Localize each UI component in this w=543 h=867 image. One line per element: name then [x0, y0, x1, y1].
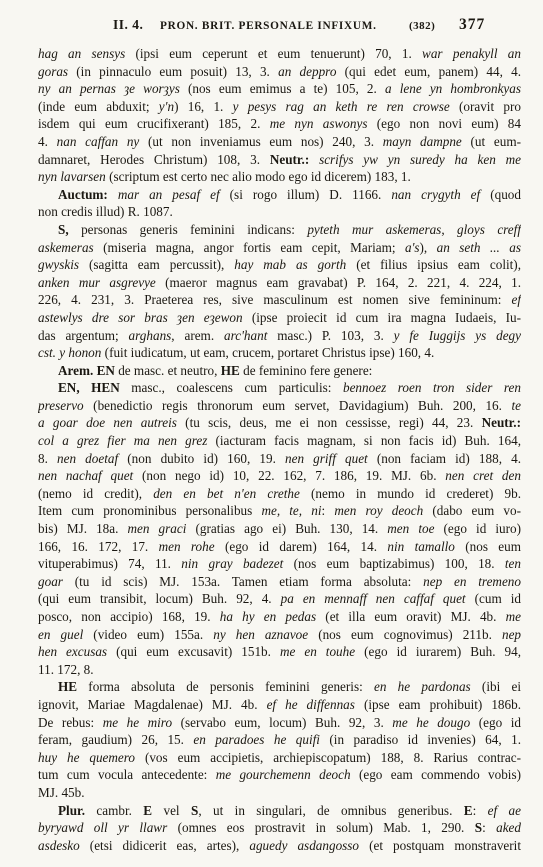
text-segment: (ut non inveniamus eum nos) 240, 3.	[139, 134, 382, 149]
text-segment: (et illa eum oravit) MJ. 4b.	[316, 609, 505, 624]
text-segment: , ut in singulari, de omnibus generibus.	[198, 803, 463, 818]
text-segment: Neutr.:	[482, 415, 521, 430]
text-segment: huy he quemero	[38, 750, 135, 765]
text-segment: (nos eum baptizabimus) 100, 18.	[283, 556, 505, 571]
text-segment: :	[322, 503, 335, 518]
text-segment: me nyn aswonys	[270, 116, 368, 131]
text-segment: byryawd oll yr llawr	[38, 820, 167, 835]
text-segment: (non faciam id) 188, 4.	[368, 451, 521, 466]
text-segment: nen nachaf quet	[38, 468, 133, 483]
text-segment: astewlys dre sor bras ȝen eȝewon	[38, 310, 243, 325]
text-segment: (servabo eum, locum) Buh. 92, 3.	[172, 715, 392, 730]
text-segment: men toe	[387, 521, 434, 536]
text-segment: damnaret, Herodes Christum) 108, 3.	[38, 152, 270, 167]
text-line: S, personas generis feminini indicans: p…	[38, 221, 521, 239]
text-segment: (nemo id credit),	[38, 486, 153, 501]
text-line: nen nachaf quet (non nego id) 10, 22. 16…	[38, 467, 521, 485]
text-line: 226, 4. 231, 3. Praeterea res, sive masc…	[38, 291, 521, 309]
text-segment: (video eum) 155a.	[83, 627, 213, 642]
text-segment: (qui edet eum, panem) 44, 4.	[336, 64, 521, 79]
text-segment: anken mur asgrevye	[38, 275, 156, 290]
text-line: col a grez fier ma nen grez (iacturam fa…	[38, 432, 521, 450]
text-segment: EN, HEN	[58, 380, 120, 395]
text-segment: vituperabimus) 74, 11.	[38, 556, 181, 571]
text-segment: y fe Iuggijs ys degy	[394, 328, 521, 343]
text-segment: (non dubito id) 160, 19.	[118, 451, 285, 466]
text-line: ny an pernas ȝe worȝys (nos eum emimus a…	[38, 80, 521, 98]
text-line: 4. nan caffan ny (ut non inveniamus eum …	[38, 133, 521, 151]
text-segment: ) 16, 1.	[174, 99, 233, 114]
text-segment: (benedictio regis thronorum eum servet, …	[84, 398, 512, 413]
text-line: hag an sensys (ipsi eum ceperunt et eum …	[38, 45, 521, 63]
text-segment: personas generis feminini indicans:	[69, 222, 308, 237]
page-body: hag an sensys (ipsi eum ceperunt et eum …	[38, 45, 521, 854]
text-segment: nan crygyth ef	[391, 187, 480, 202]
text-segment: das argentum;	[38, 328, 129, 343]
text-segment: posco, non accipio) 168, 19.	[38, 609, 220, 624]
text-segment: war penakyll an	[422, 46, 521, 61]
text-segment: (vos eum accipietis, archiepiscopatum) 1…	[135, 750, 521, 765]
text-line: Plur. cambr. E vel S, ut in singulari, d…	[38, 802, 521, 820]
text-line: (inde eum abduxit; y'n) 16, 1. y pesys r…	[38, 98, 521, 116]
text-segment: (nos eum	[455, 539, 521, 554]
text-segment: (ipsi eum ceperunt et eum tenuerunt) 70,…	[125, 46, 422, 61]
text-line: goar (tu id scis) MJ. 153a. Tamen etiam …	[38, 573, 521, 591]
text-line: ignovit, Mariae Magdalenae) MJ. 4b. ef h…	[38, 696, 521, 714]
text-line: goras (in pinnaculo eum posuit) 13, 3. a…	[38, 63, 521, 81]
text-segment: (cum id	[466, 591, 521, 606]
text-segment: (et postquam monstraverit	[359, 838, 521, 853]
text-segment: (ego eam commendo vobis)	[351, 767, 521, 782]
text-line: cst. y honon (fuit iudicatum, ut eam, cr…	[38, 344, 521, 362]
text-segment: :	[482, 820, 496, 835]
text-line: a goar doe nen autreis (tu scis, deus, m…	[38, 414, 521, 432]
text-segment: (non nego id) 10, 22. 162, 7. 186, 19. M…	[133, 468, 445, 483]
chapter-number: II. 4.	[113, 17, 143, 33]
text-segment: hay mab as gorth	[234, 257, 346, 272]
text-segment: (qui eum excusavit) 151b.	[107, 644, 280, 659]
text-segment: de masc. et neutro,	[115, 363, 221, 378]
paragraph: Auctum: mar an pesaf ef (si rogo illum) …	[38, 186, 521, 221]
text-segment: en he pardonas	[374, 679, 471, 694]
text-segment: Arem. EN	[58, 363, 115, 378]
text-segment: ,	[441, 222, 457, 237]
text-segment: cst. y honon	[38, 345, 101, 360]
text-segment: 8.	[38, 451, 57, 466]
text-line: das argentum; arghans, arem. arc'hant ma…	[38, 327, 521, 345]
text-segment: Auctum:	[58, 187, 118, 202]
text-segment: askemeras	[38, 240, 94, 255]
text-segment: nin tamallo	[387, 539, 455, 554]
text-segment: (scriptum est certo nec alio modo ego id…	[106, 169, 411, 184]
text-segment: ha hy en pedas	[220, 609, 316, 624]
text-segment: nin gray badezet	[181, 556, 283, 571]
page-header: II. 4. PRON. BRIT. PERSONALE INFIXUM. (3…	[0, 16, 543, 38]
page-reference: (382)	[409, 20, 435, 32]
text-segment: Plur.	[58, 803, 85, 818]
running-title: PRON. BRIT. PERSONALE INFIXUM.	[160, 20, 377, 32]
text-line: askemeras (miseria magna, angor fortis e…	[38, 239, 521, 257]
text-segment: ten	[505, 556, 521, 571]
text-segment: en paradoes he quifi	[193, 732, 320, 747]
text-segment: goras	[38, 64, 68, 79]
text-segment: col a grez fier ma nen grez	[38, 433, 207, 448]
text-segment: , arem.	[171, 328, 224, 343]
text-line: feram, gaudium) 26, 15. en paradoes he q…	[38, 731, 521, 749]
text-segment: forma absoluta de personis feminini gene…	[77, 679, 374, 694]
text-segment: nen cret den	[445, 468, 521, 483]
text-segment: MJ. 45b.	[38, 785, 85, 800]
page-number: 377	[459, 16, 485, 34]
text-segment: me he miro	[103, 715, 172, 730]
text-segment: me he dougo	[392, 715, 470, 730]
text-segment: S	[475, 820, 482, 835]
text-segment: E	[143, 803, 152, 818]
text-line: tum cum vocula antecedente: me gourcheme…	[38, 766, 521, 784]
text-segment: goar	[38, 574, 63, 589]
text-segment: (ego id	[470, 715, 521, 730]
text-segment: arghans	[129, 328, 172, 343]
text-segment: (et filius ipsius eam colit),	[346, 257, 521, 272]
text-segment: (iacturam facis magnam, si non facis id)…	[207, 433, 521, 448]
text-segment: gloys creff	[457, 222, 521, 237]
text-segment: an seth ... as	[437, 240, 521, 255]
text-segment: (tu id scis) MJ. 153a. Tamen etiam forma…	[63, 574, 423, 589]
text-segment: ny an pernas ȝe worȝys	[38, 81, 180, 96]
text-line: vituperabimus) 74, 11. nin gray badezet …	[38, 555, 521, 573]
text-segment: HE	[221, 363, 240, 378]
text-line: non credis illud) R. 1087.	[38, 203, 521, 221]
text-line: astewlys dre sor bras ȝen eȝewon (ipse p…	[38, 309, 521, 327]
text-segment: de feminino fere genere:	[240, 363, 373, 378]
text-segment: (nos eum emimus a te) 105, 2.	[180, 81, 385, 96]
text-line: en guel (video eum) 155a. ny hen aznavoe…	[38, 626, 521, 644]
text-segment: asdesko	[38, 838, 80, 853]
text-segment: (ego id iuro)	[434, 521, 521, 536]
text-segment: ef	[511, 292, 521, 307]
text-segment: vel	[152, 803, 191, 818]
text-segment: non credis illud) R. 1087.	[38, 204, 173, 219]
text-segment: a goar doe nen autreis	[38, 415, 177, 430]
text-segment: (si rogo illum) D. 1166.	[220, 187, 392, 202]
document-page: II. 4. PRON. BRIT. PERSONALE INFIXUM. (3…	[0, 0, 543, 867]
paragraph: Plur. cambr. E vel S, ut in singulari, d…	[38, 802, 521, 855]
paragraph: HE forma absoluta de personis feminini g…	[38, 678, 521, 801]
text-line: bis) MJ. 18a. men graci (gratias ago ei)…	[38, 520, 521, 538]
text-segment: (ego id darem) 164, 14.	[215, 539, 388, 554]
text-segment: :	[473, 803, 488, 818]
text-line: gwyskis (sagitta eam percussit), hay mab…	[38, 256, 521, 274]
text-segment: (etsi didicerit eas, artes),	[80, 838, 250, 853]
text-line: byryawd oll yr llawr (omnes eos prostrav…	[38, 819, 521, 837]
paragraph: EN, HEN masc., coalescens cum particulis…	[38, 379, 521, 678]
text-line: huy he quemero (vos eum accipietis, arch…	[38, 749, 521, 767]
text-segment: (ego id iurarem) Buh. 94,	[355, 644, 521, 659]
text-segment: (sagitta eam percussit),	[79, 257, 234, 272]
text-line: (nemo id credit), den en bet n'en crethe…	[38, 485, 521, 503]
text-segment: me	[506, 609, 521, 624]
text-segment: nyn lavarsen	[38, 169, 106, 184]
text-segment: nep	[502, 627, 521, 642]
text-segment: De rebus:	[38, 715, 103, 730]
text-segment: mayn dampne	[383, 134, 462, 149]
text-segment: pa en mennaff nen caffaf quet	[281, 591, 466, 606]
text-segment: cambr.	[85, 803, 143, 818]
text-segment: S,	[58, 222, 69, 237]
text-line: 166, 16. 172, 17. men rohe (ego id darem…	[38, 538, 521, 556]
text-segment: me gourchemenn deoch	[216, 767, 351, 782]
text-line: damnaret, Herodes Christum) 108, 3. Neut…	[38, 151, 521, 169]
text-segment: nep en tremeno	[423, 574, 521, 589]
text-line: 8. nen doetaf (non dubito id) 160, 19. n…	[38, 450, 521, 468]
text-segment: isdem qui eum crucifixerant) 185, 2.	[38, 116, 270, 131]
text-segment: nen doetaf	[57, 451, 118, 466]
text-segment: (ut eum-	[462, 134, 521, 149]
text-segment: ef ae	[488, 803, 521, 818]
text-segment: HE	[58, 679, 77, 694]
text-segment: (gratias ago ei) Buh. 130, 14.	[186, 521, 387, 536]
text-segment: mar an pesaf ef	[118, 187, 220, 202]
text-segment: men rohe	[159, 539, 215, 554]
text-segment: gwyskis	[38, 257, 79, 272]
paragraph: Arem. EN de masc. et neutro, HE de femin…	[38, 362, 521, 380]
text-line: asdesko (etsi didicerit eas, artes), agu…	[38, 837, 521, 855]
text-segment: ny hen aznavoe	[213, 627, 308, 642]
text-segment: preservo	[38, 398, 84, 413]
text-segment: te	[511, 398, 521, 413]
text-segment: nen griff quet	[285, 451, 368, 466]
text-segment: hag an sensys	[38, 46, 125, 61]
text-segment: ef he diffennas	[267, 697, 355, 712]
text-line: hen excusas (qui eum excusavit) 151b. me…	[38, 643, 521, 661]
text-segment: aked	[496, 820, 521, 835]
text-segment: masc.) P. 103, 3.	[267, 328, 393, 343]
text-segment: (dabo eum vo-	[423, 503, 521, 518]
text-line: 11. 172, 8.	[38, 661, 521, 679]
text-line: De rebus: me he miro (servabo eum, locum…	[38, 714, 521, 732]
paragraph: S, personas generis feminini indicans: p…	[38, 221, 521, 362]
text-segment: Item cum pronominibus personalibus	[38, 503, 261, 518]
text-segment: men graci	[128, 521, 187, 536]
text-segment: a's	[405, 240, 420, 255]
text-segment: 11. 172, 8.	[38, 662, 94, 677]
text-segment: (in pinnaculo eum posuit) 13, 3.	[68, 64, 278, 79]
paragraph: hag an sensys (ipsi eum ceperunt et eum …	[38, 45, 521, 186]
text-segment: feram, gaudium) 26, 15.	[38, 732, 193, 747]
text-segment: (inde eum abduxit;	[38, 99, 159, 114]
text-segment: y pesys rag an keth re ren crowse	[233, 99, 450, 114]
text-segment: 166, 16. 172, 17.	[38, 539, 159, 554]
text-line: preservo (benedictio regis thronorum eum…	[38, 397, 521, 415]
text-segment: an deppro	[278, 64, 336, 79]
text-line: anken mur asgrevye (maeror magnus eam gr…	[38, 274, 521, 292]
text-segment: E	[464, 803, 473, 818]
text-segment: me en touhe	[280, 644, 355, 659]
text-line: EN, HEN masc., coalescens cum particulis…	[38, 379, 521, 397]
text-segment: (omnes eos prostravit in solum) Mab. 1, …	[167, 820, 474, 835]
text-line: nyn lavarsen (scriptum est certo nec ali…	[38, 168, 521, 186]
text-segment: (quod	[480, 187, 521, 202]
text-segment: (in paradiso id invenies) 64, 1.	[320, 732, 521, 747]
text-segment: Neutr.:	[270, 152, 319, 167]
text-segment: (maeror magnus eam gravabat) P. 164, 2. …	[156, 275, 521, 290]
text-segment: (ego non novi eum) 84	[367, 116, 521, 131]
text-segment: en guel	[38, 627, 83, 642]
text-segment: hen excusas	[38, 644, 107, 659]
text-segment: nan caffan ny	[57, 134, 140, 149]
text-segment: ),	[420, 240, 437, 255]
text-segment: bis) MJ. 18a.	[38, 521, 128, 536]
text-segment: (qui eum transibit, locum) Buh. 92, 4.	[38, 591, 281, 606]
text-line: HE forma absoluta de personis feminini g…	[38, 678, 521, 696]
text-segment: (ipse eam prohibuit) 186b.	[355, 697, 521, 712]
text-segment: masc., coalescens cum particulis:	[120, 380, 343, 395]
text-line: MJ. 45b.	[38, 784, 521, 802]
text-segment: men roy deoch	[334, 503, 423, 518]
text-line: Auctum: mar an pesaf ef (si rogo illum) …	[38, 186, 521, 204]
text-segment: aguedy asdangosso	[249, 838, 359, 853]
text-line: Arem. EN de masc. et neutro, HE de femin…	[38, 362, 521, 380]
text-segment: tum cum vocula antecedente:	[38, 767, 216, 782]
text-segment: (tu scis, deus, me ei non cessisse, regi…	[177, 415, 482, 430]
text-line: (qui eum transibit, locum) Buh. 92, 4. p…	[38, 590, 521, 608]
text-segment: a lene yn hombronkyas	[385, 81, 521, 96]
text-segment: (ipse proiecit id cum ira magna Iudaeis,…	[243, 310, 521, 325]
text-segment: ignovit, Mariae Magdalenae) MJ. 4b.	[38, 697, 267, 712]
text-segment: (nos eum cognovimus) 211b.	[308, 627, 502, 642]
text-segment: den en bet n'en crethe	[153, 486, 300, 501]
text-line: posco, non accipio) 168, 19. ha hy en pe…	[38, 608, 521, 626]
text-segment: (oravit pro	[450, 99, 521, 114]
text-segment: (miseria magna, angor fortis eam cepit, …	[94, 240, 405, 255]
text-segment: (nemo in mundo id crederet) 9b.	[300, 486, 521, 501]
text-segment: scrifys yw yn suredy ha ken me	[319, 152, 521, 167]
text-segment: arc'hant	[224, 328, 267, 343]
text-segment: 4.	[38, 134, 57, 149]
text-segment: 226, 4. 231, 3. Praeterea res, sive masc…	[38, 292, 511, 307]
text-segment: (ibi ei	[471, 679, 521, 694]
text-segment: y'n	[159, 99, 174, 114]
text-line: Item cum pronominibus personalibus me, t…	[38, 502, 521, 520]
text-segment: bennoez roen tron sider ren	[343, 380, 521, 395]
text-line: isdem qui eum crucifixerant) 185, 2. me …	[38, 115, 521, 133]
text-segment: pyteth mur askemeras	[307, 222, 441, 237]
text-segment: (fuit iudicatum, ut eam, crucem, portare…	[101, 345, 434, 360]
text-segment: me, te, ni	[261, 503, 321, 518]
